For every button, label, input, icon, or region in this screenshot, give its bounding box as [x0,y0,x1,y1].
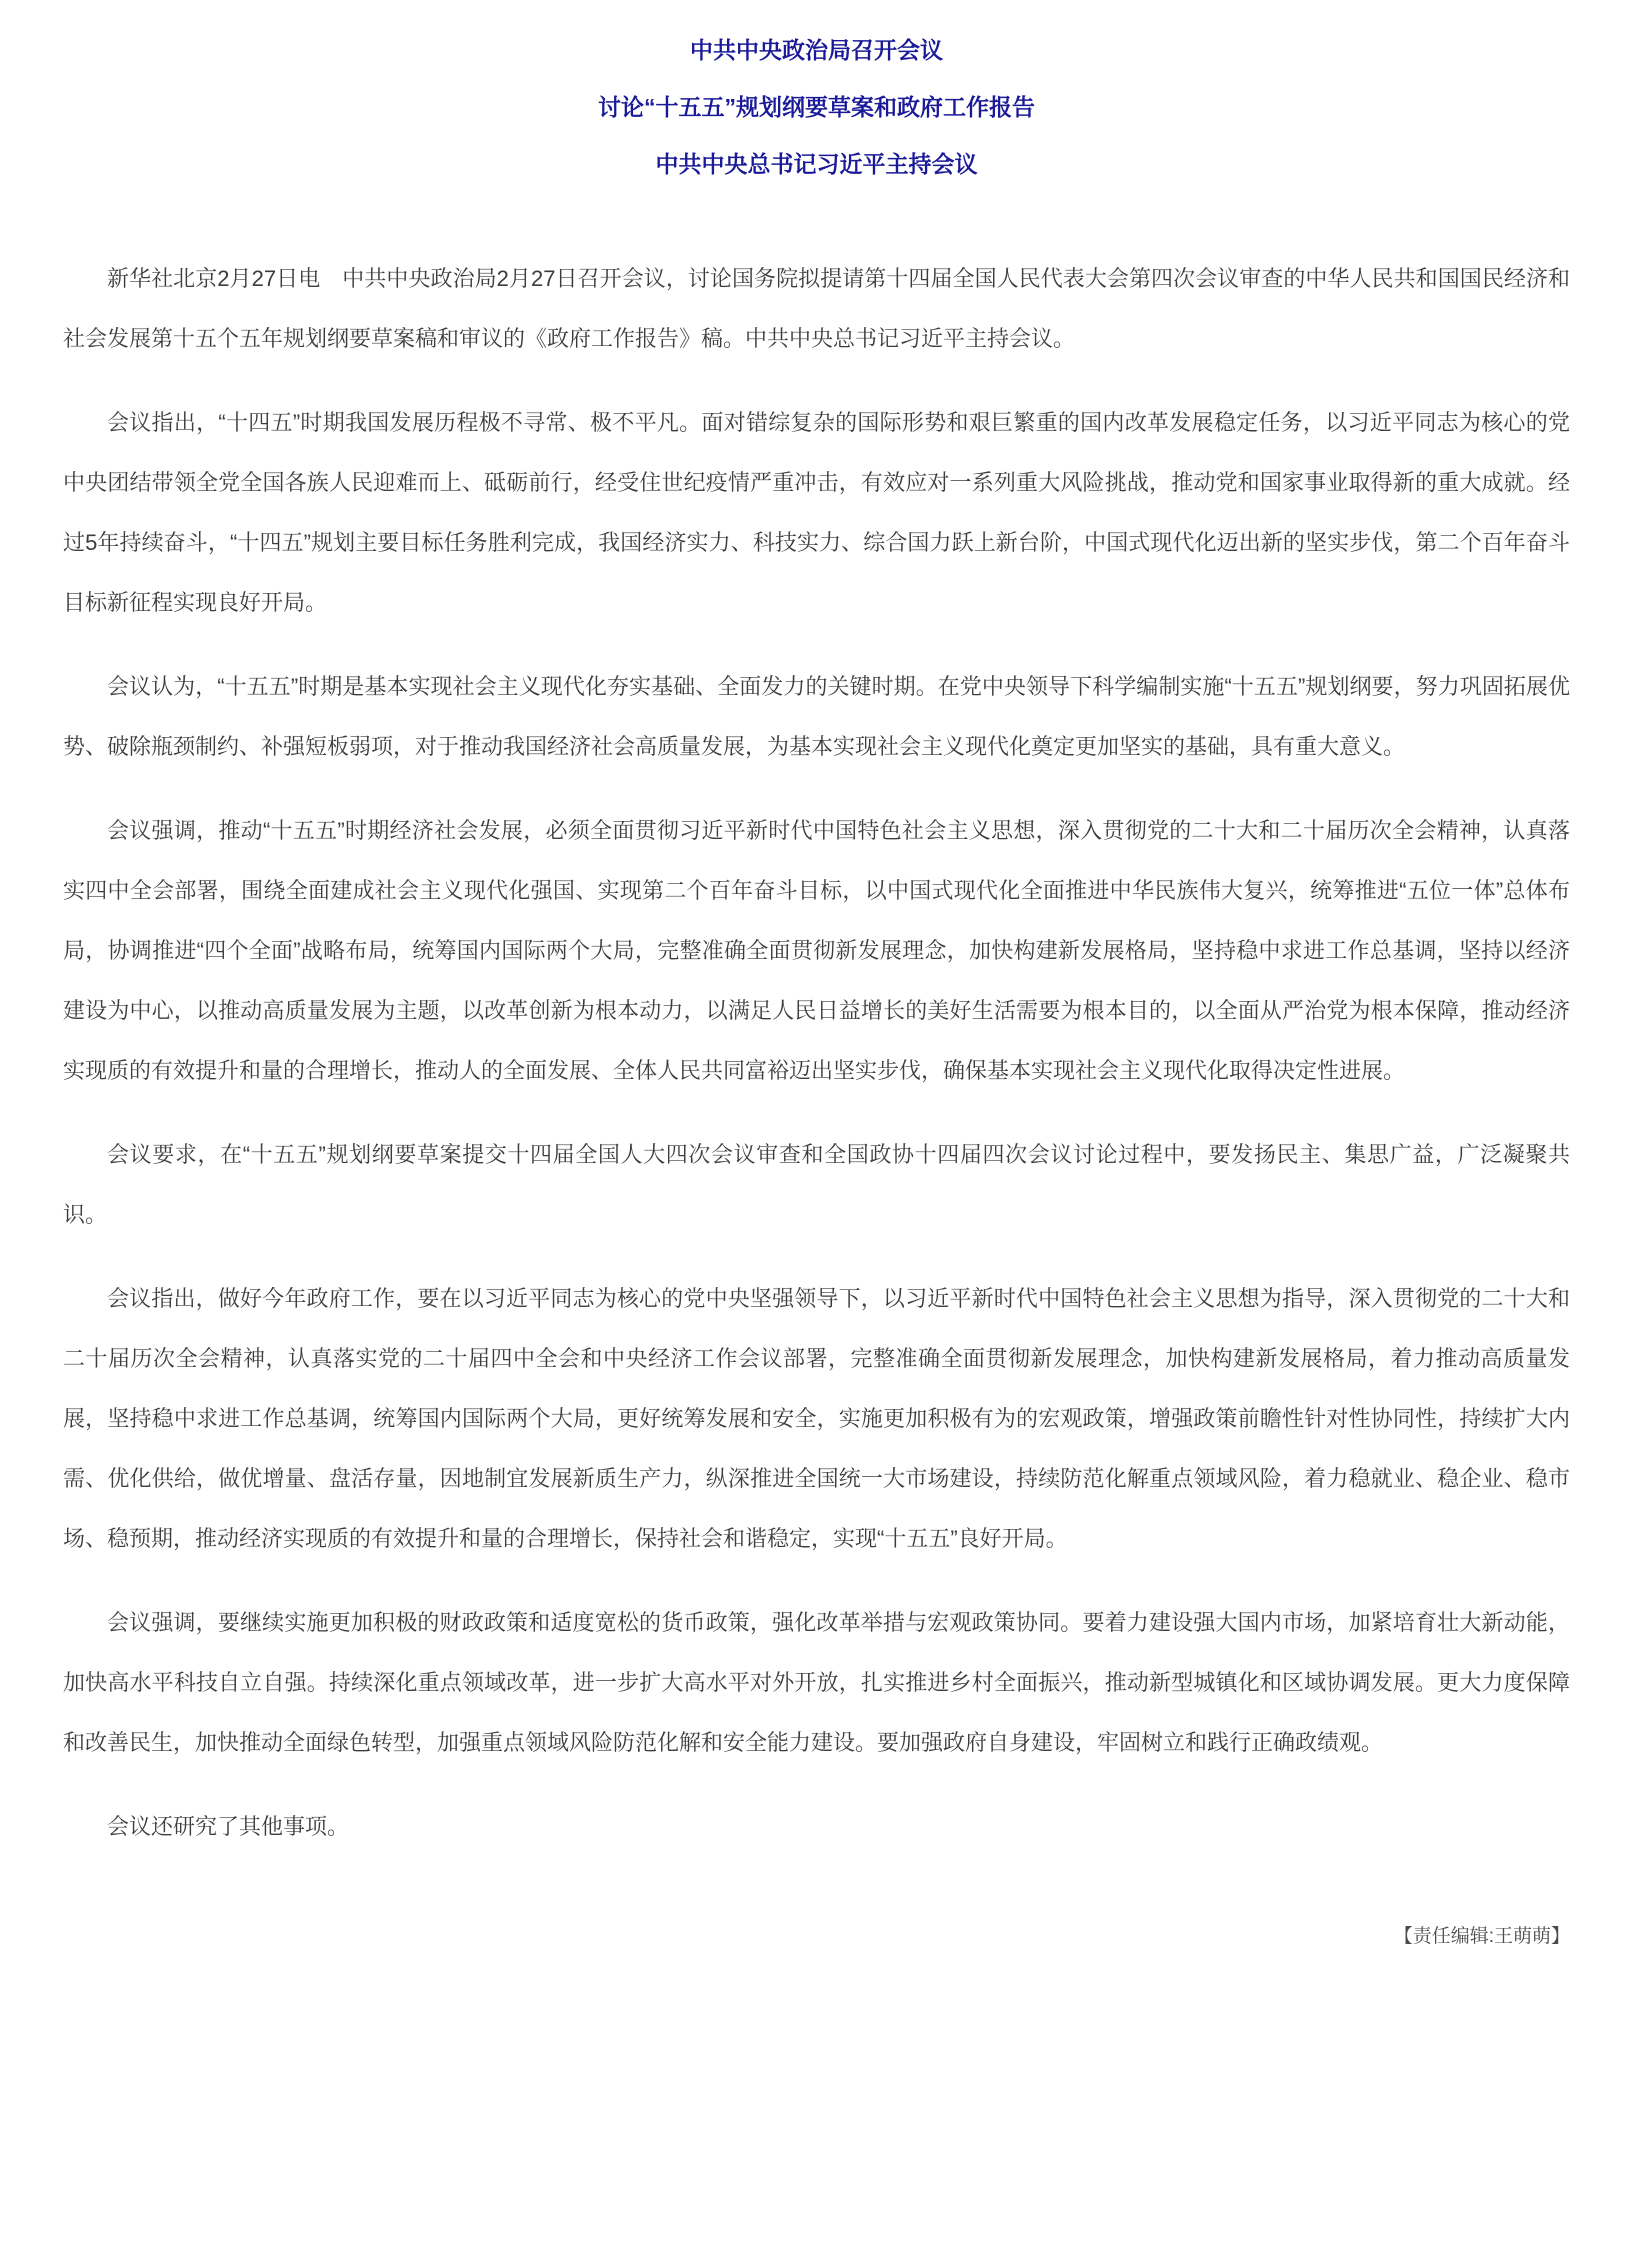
article-body: 新华社北京2月27日电 中共中央政治局2月27日召开会议，讨论国务院拟提请第十四… [63,249,1570,1857]
article-title-line-2: 讨论“十五五”规划纲要草案和政府工作报告 [63,79,1570,136]
paragraph: 会议认为，“十五五”时期是基本实现社会主义现代化夯实基础、全面发力的关键时期。在… [63,657,1570,777]
article-title-block: 中共中央政治局召开会议 讨论“十五五”规划纲要草案和政府工作报告 中共中央总书记… [63,22,1570,193]
paragraph: 会议强调，推动“十五五”时期经济社会发展，必须全面贯彻习近平新时代中国特色社会主… [63,801,1570,1101]
paragraph: 会议强调，要继续实施更加积极的财政政策和适度宽松的货币政策，强化改革举措与宏观政… [63,1593,1570,1773]
paragraph: 会议指出，做好今年政府工作，要在以习近平同志为核心的党中央坚强领导下，以习近平新… [63,1269,1570,1569]
editor-credit: 【责任编辑:王萌萌】 [63,1923,1570,1951]
paragraph: 会议还研究了其他事项。 [63,1797,1570,1857]
article-title-line-3: 中共中央总书记习近平主持会议 [63,136,1570,193]
article-title-line-1: 中共中央政治局召开会议 [63,22,1570,79]
article-page: 中共中央政治局召开会议 讨论“十五五”规划纲要草案和政府工作报告 中共中央总书记… [0,0,1633,2255]
paragraph-dateline-lead: 新华社北京2月27日电 中共中央政治局2月27日召开会议，讨论国务院拟提请第十四… [63,249,1570,369]
paragraph: 会议指出，“十四五”时期我国发展历程极不寻常、极不平凡。面对错综复杂的国际形势和… [63,393,1570,633]
paragraph: 会议要求，在“十五五”规划纲要草案提交十四届全国人大四次会议审查和全国政协十四届… [63,1125,1570,1245]
